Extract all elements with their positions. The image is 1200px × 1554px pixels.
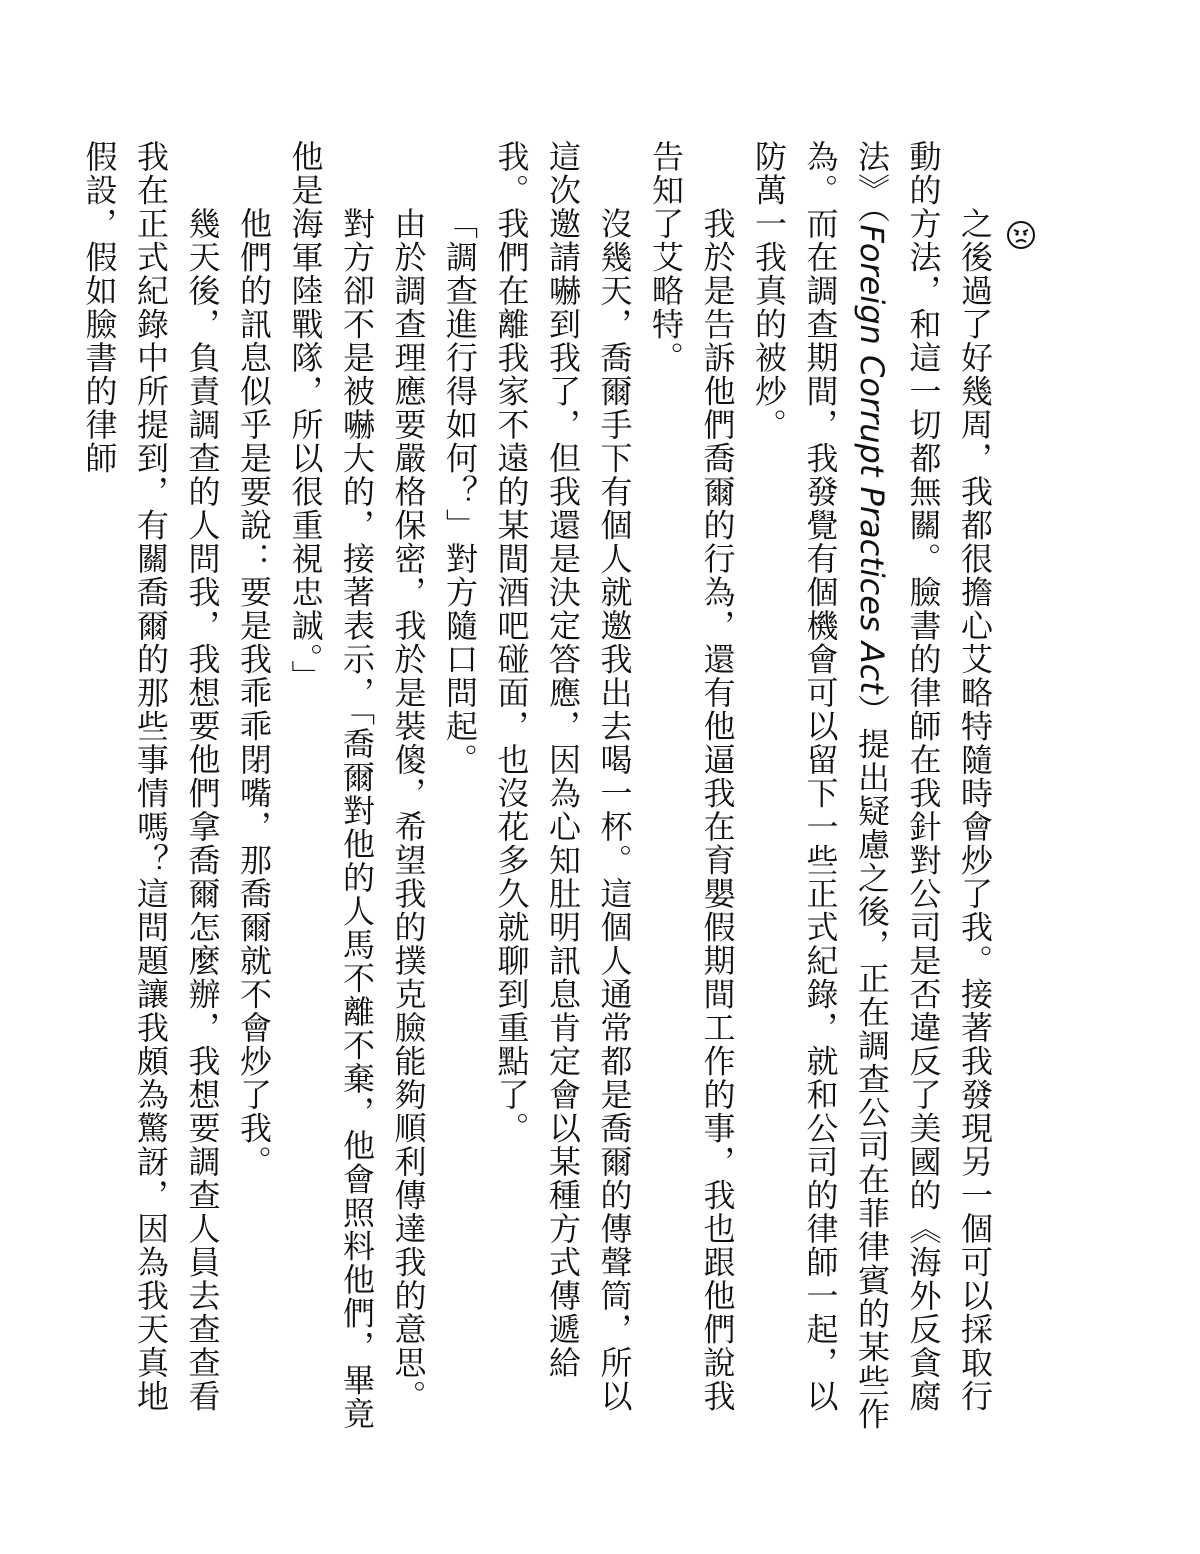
- document-page: 之後過了好幾周，我都很擔心艾略特隨時會炒了我。接著我發現另一個可以採取行動的方法…: [0, 0, 1200, 1554]
- paragraph-text: 幾天後，負責調查的人問我，我想要他們拿喬爾怎麼辦，我想要調查人員去查查看我在正式…: [81, 140, 222, 1413]
- paragraph-text: 沒幾天，喬爾手下有個人就邀我出去喝一杯。這個人通常都是喬爾的傳聲筒，所以這次邀請…: [493, 140, 634, 1413]
- paragraph: 之後過了好幾周，我都很擔心艾略特隨時會炒了我。接著我發現另一個可以採取行動的方法…: [743, 140, 1001, 1440]
- paragraph: 對方卻不是被嚇大的，接著表示，「喬爾對他的人馬不離不棄，他會照料他們，畢竟他是海…: [279, 140, 382, 1440]
- paragraph-text: 由於調查理應要嚴格保密，我於是裝傻，希望我的撲克臉能夠順利傳達我的意思。: [390, 207, 428, 1413]
- paragraph-text: 對方卻不是被嚇大的，接著表示，「喬爾對他的人馬不離不棄，他會照料他們，畢竟他是海…: [287, 140, 377, 1431]
- paragraph-text: 他們的訊息似乎是要說：要是我乖乖閉嘴，那喬爾就不會炒了我。: [235, 207, 273, 1179]
- paragraph: 幾天後，負責調查的人問我，我想要他們拿喬爾怎麼辦，我想要調查人員去查查看我在正式…: [73, 140, 228, 1440]
- vertical-text-body: 之後過了好幾周，我都很擔心艾略特隨時會炒了我。接著我發現另一個可以採取行動的方法…: [73, 140, 1000, 1440]
- paragraph-text: 我於是告訴他們喬爾的行為，還有他逼我在育嬰假期間工作的事，我也跟他們說我告知了艾…: [647, 140, 737, 1413]
- paragraph-text: 「調查進行得如何？」對方隨口問起。: [441, 207, 479, 777]
- paragraph: 由於調查理應要嚴格保密，我於是裝傻，希望我的撲克臉能夠順利傳達我的意思。: [382, 140, 434, 1440]
- paragraph: 「調查進行得如何？」對方隨口問起。: [434, 140, 486, 1440]
- paragraph: 他們的訊息似乎是要說：要是我乖乖閉嘴，那喬爾就不會炒了我。: [228, 140, 280, 1440]
- paragraph: 沒幾天，喬爾手下有個人就邀我出去喝一杯。這個人通常都是喬爾的傳聲筒，所以這次邀請…: [485, 140, 640, 1440]
- paragraph: 我於是告訴他們喬爾的行為，還有他逼我在育嬰假期間工作的事，我也跟他們說我告知了艾…: [640, 140, 743, 1440]
- frowning-face-icon: [1006, 220, 1036, 250]
- english-law-name: Foreign Corrupt Practices Act: [853, 225, 891, 694]
